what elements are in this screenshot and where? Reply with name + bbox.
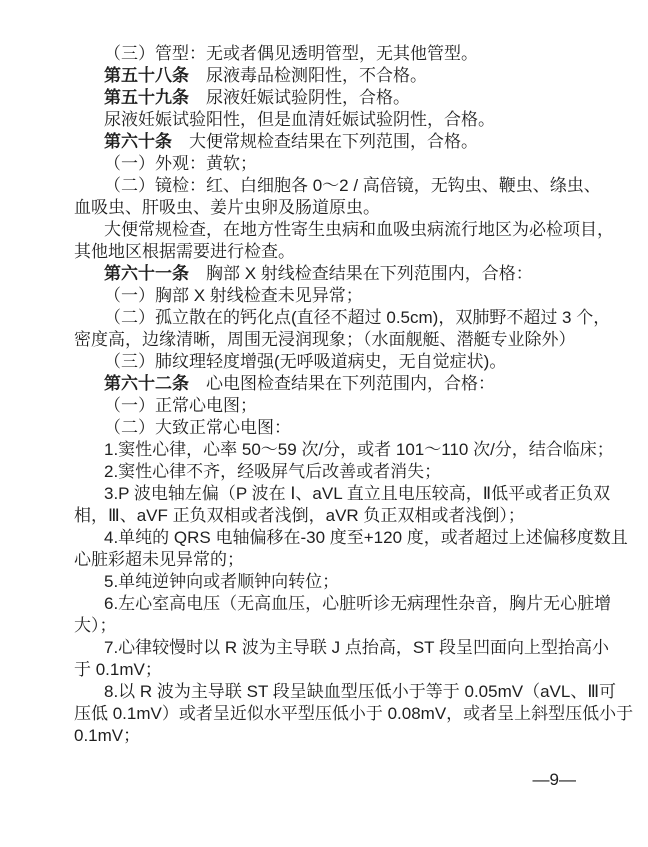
line-text: 尿液妊娠试验阴性，合格。 — [189, 88, 410, 107]
text-line: 尿液妊娠试验阳性，但是血清妊娠试验阴性，合格。 — [74, 109, 584, 131]
line-text: 5.单纯逆钟向或者顺钟向转位； — [104, 572, 339, 591]
text-line: 5.单纯逆钟向或者顺钟向转位； — [74, 571, 584, 593]
line-text: 心电图检查结果在下列范围内，合格： — [189, 374, 495, 393]
line-text: （一）外观：黄软； — [104, 154, 257, 173]
text-line: 6.左心室高电压（无高血压，心脏听诊无病理性杂音，胸片无心脏增 — [74, 593, 584, 615]
text-line: （一）正常心电图； — [74, 395, 584, 417]
text-line: （二）镜检：红、白细胞各 0～2 / 高倍镜，无钩虫、鞭虫、绦虫、 — [74, 175, 584, 197]
article-number: 第五十八条 — [104, 66, 189, 85]
text-line: 大便常规检查，在地方性寄生虫病和血吸虫病流行地区为必检项目， — [74, 219, 584, 241]
line-text: 尿液妊娠试验阳性，但是血清妊娠试验阴性，合格。 — [104, 110, 495, 129]
text-line: 密度高，边缘清晰，周围无浸润现象；（水面舰艇、潜艇专业除外） — [74, 329, 584, 351]
line-text: 于 0.1mV； — [74, 660, 162, 679]
text-line: （三）管型：无或者偶见透明管型，无其他管型。 — [74, 43, 584, 65]
text-line: （二）大致正常心电图： — [74, 417, 584, 439]
line-text: （二）大致正常心电图： — [104, 418, 291, 437]
document-body: （三）管型：无或者偶见透明管型，无其他管型。 第五十八条 尿液毒品检测阳性，不合… — [74, 43, 584, 747]
line-text: 压低 0.1mV）或者呈近似水平型压低小于 0.08mV，或者呈上斜型压低小于 — [74, 704, 633, 723]
line-text: （三）管型：无或者偶见透明管型，无其他管型。 — [104, 44, 478, 63]
text-line: 其他地区根据需要进行检查。 — [74, 241, 584, 263]
text-line: （一）外观：黄软； — [74, 153, 584, 175]
text-line: 1.窦性心律，心率 50～59 次/分，或者 101～110 次/分，结合临床； — [74, 439, 584, 461]
line-text: 6.左心室高电压（无高血压，心脏听诊无病理性杂音，胸片无心脏增 — [104, 594, 611, 613]
line-text: 相，Ⅲ、aVF 正负双相或者浅倒，aVR 负正双相或者浅倒）； — [74, 506, 525, 525]
line-text: （二）孤立散在的钙化点(直径不超过 0.5cm)，双肺野不超过 3 个， — [104, 308, 610, 327]
text-line: （三）肺纹理轻度增强(无呼吸道病史，无自觉症状)。 — [74, 351, 584, 373]
page-number: —9— — [533, 770, 576, 790]
line-text: 大便常规检查结果在下列范围，合格。 — [172, 132, 478, 151]
line-text: 其他地区根据需要进行检查。 — [74, 242, 295, 261]
line-text: （一）正常心电图； — [104, 396, 257, 415]
text-line: 第六十一条 胸部 X 射线检查结果在下列范围内，合格： — [74, 263, 584, 285]
line-text: 4.单纯的 QRS 电轴偏移在-30 度至+120 度，或者超过上述偏移度数且 — [104, 528, 628, 547]
text-line: 0.1mV； — [74, 725, 584, 747]
text-line: 第六十二条 心电图检查结果在下列范围内，合格： — [74, 373, 584, 395]
line-text: 7.心律较慢时以 R 波为主导联 J 点抬高，ST 段呈凹面向上型抬高小 — [104, 638, 609, 657]
line-text: 胸部 X 射线检查结果在下列范围内，合格： — [189, 264, 533, 283]
text-line: 7.心律较慢时以 R 波为主导联 J 点抬高，ST 段呈凹面向上型抬高小 — [74, 637, 584, 659]
line-text: 密度高，边缘清晰，周围无浸润现象；（水面舰艇、潜艇专业除外） — [74, 330, 576, 349]
line-text: 8.以 R 波为主导联 ST 段呈缺血型压低小于等于 0.05mV（aVL、Ⅲ可 — [104, 682, 616, 701]
article-number: 第六十条 — [104, 132, 172, 151]
text-line: 心脏彩超未见异常的； — [74, 549, 584, 571]
line-text: 大）； — [74, 616, 117, 635]
line-text: 心脏彩超未见异常的； — [74, 550, 244, 569]
text-line: 压低 0.1mV）或者呈近似水平型压低小于 0.08mV，或者呈上斜型压低小于 — [74, 703, 584, 725]
line-text: （一）胸部 X 射线检查未见异常； — [104, 286, 363, 305]
text-line: 2.窦性心律不齐，经吸屏气后改善或者消失； — [74, 461, 584, 483]
line-text: （三）肺纹理轻度增强(无呼吸道病史，无自觉症状)。 — [104, 352, 506, 371]
text-line: 第五十九条 尿液妊娠试验阴性，合格。 — [74, 87, 584, 109]
text-line: 第六十条 大便常规检查结果在下列范围，合格。 — [74, 131, 584, 153]
line-text: 大便常规检查，在地方性寄生虫病和血吸虫病流行地区为必检项目， — [104, 220, 614, 239]
text-line: 于 0.1mV； — [74, 659, 584, 681]
line-text: 0.1mV； — [74, 726, 140, 745]
article-number: 第五十九条 — [104, 88, 189, 107]
text-line: （二）孤立散在的钙化点(直径不超过 0.5cm)，双肺野不超过 3 个， — [74, 307, 584, 329]
line-text: 2.窦性心律不齐，经吸屏气后改善或者消失； — [104, 462, 441, 481]
line-text: （二）镜检：红、白细胞各 0～2 / 高倍镜，无钩虫、鞭虫、绦虫、 — [104, 176, 601, 195]
article-number: 第六十二条 — [104, 374, 189, 393]
document-page: （三）管型：无或者偶见透明管型，无其他管型。 第五十八条 尿液毒品检测阳性，不合… — [0, 0, 648, 847]
text-line: 血吸虫、肝吸虫、姜片虫卵及肠道原虫。 — [74, 197, 584, 219]
text-line: 3.P 波电轴左偏（P 波在 Ⅰ、aVL 直立且电压较高，Ⅱ低平或者正负双 — [74, 483, 584, 505]
text-line: 8.以 R 波为主导联 ST 段呈缺血型压低小于等于 0.05mV（aVL、Ⅲ可 — [74, 681, 584, 703]
line-text: 血吸虫、肝吸虫、姜片虫卵及肠道原虫。 — [74, 198, 380, 217]
text-line: 相，Ⅲ、aVF 正负双相或者浅倒，aVR 负正双相或者浅倒）； — [74, 505, 584, 527]
text-line: 大）； — [74, 615, 584, 637]
line-text: 1.窦性心律，心率 50～59 次/分，或者 101～110 次/分，结合临床； — [104, 440, 614, 459]
text-line: （一）胸部 X 射线检查未见异常； — [74, 285, 584, 307]
text-line: 4.单纯的 QRS 电轴偏移在-30 度至+120 度，或者超过上述偏移度数且 — [74, 527, 584, 549]
article-number: 第六十一条 — [104, 264, 189, 283]
text-line: 第五十八条 尿液毒品检测阳性，不合格。 — [74, 65, 584, 87]
line-text: 3.P 波电轴左偏（P 波在 Ⅰ、aVL 直立且电压较高，Ⅱ低平或者正负双 — [104, 484, 610, 503]
line-text: 尿液毒品检测阳性，不合格。 — [189, 66, 427, 85]
